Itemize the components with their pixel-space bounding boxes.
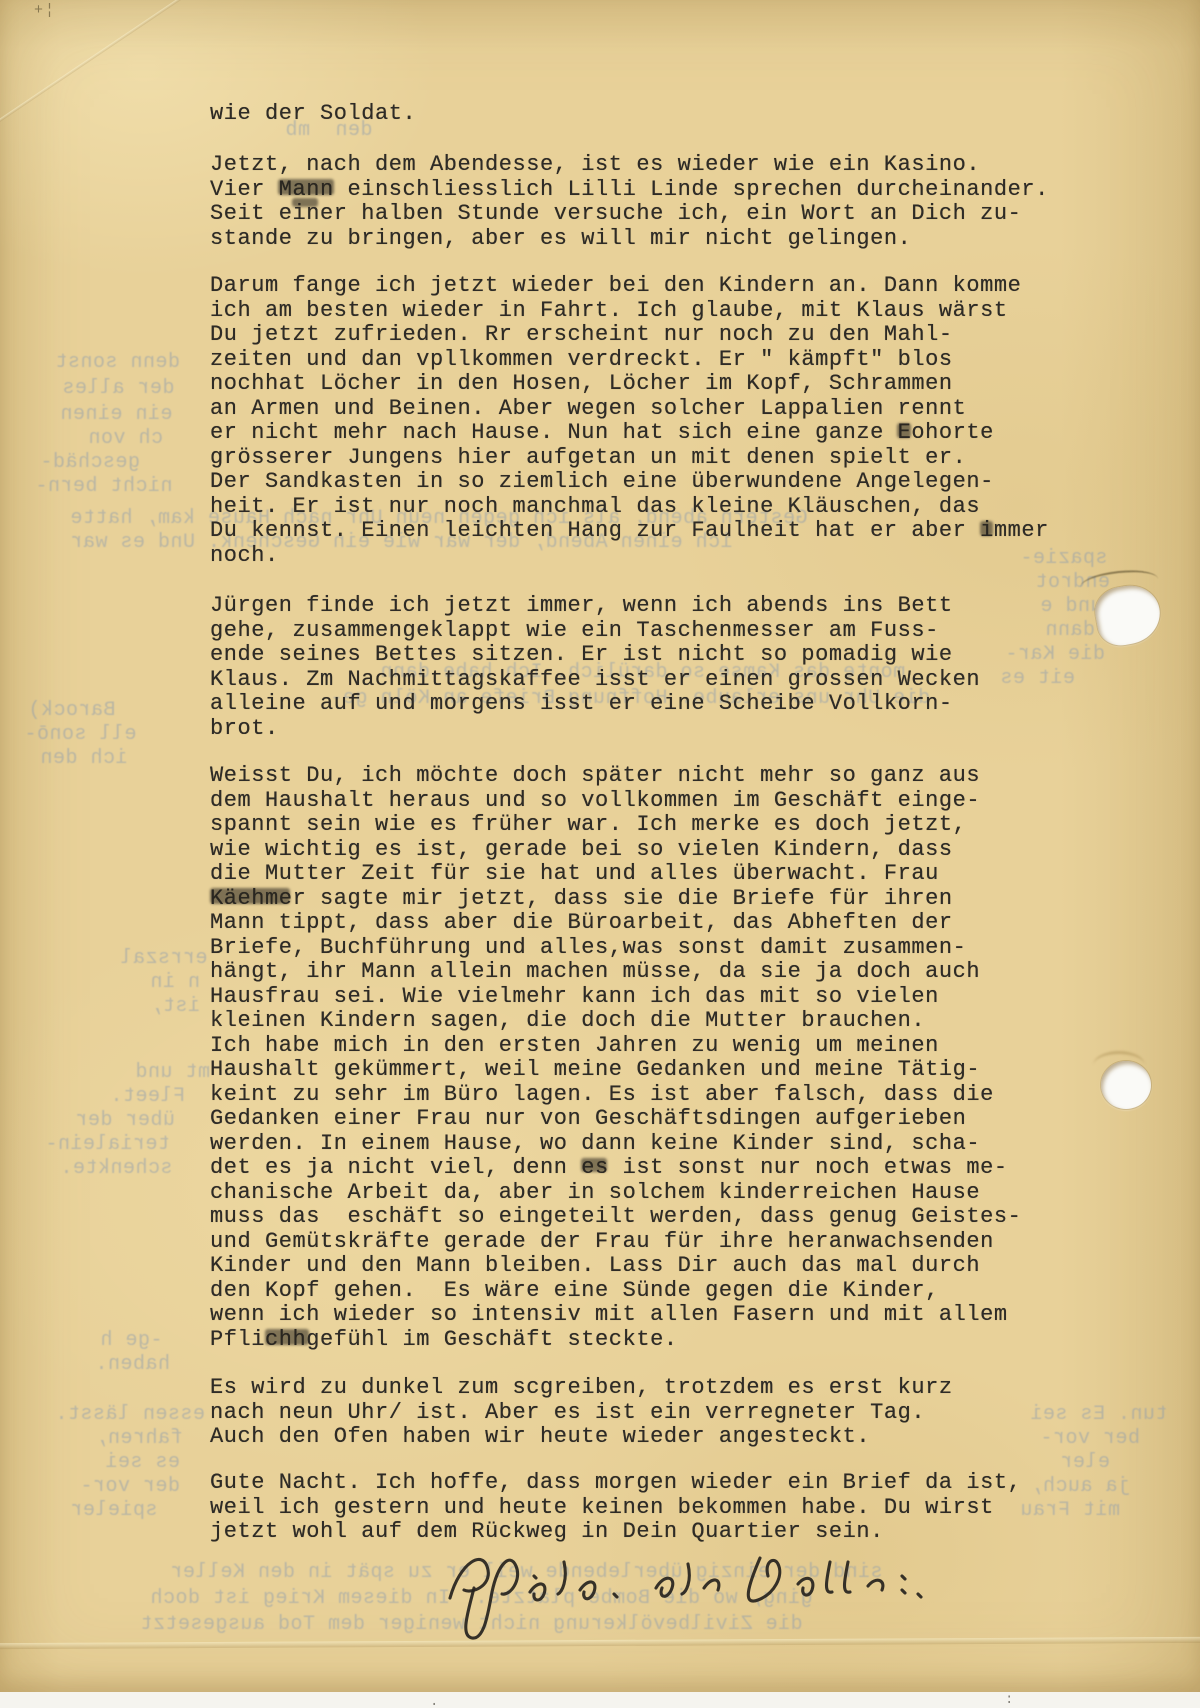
letter-line: kleinen Kindern sagen, die doch die Mutt… bbox=[210, 1009, 1090, 1034]
letter-paragraph: wie der Soldat. bbox=[210, 102, 1090, 127]
scan-speck: . bbox=[430, 1694, 438, 1708]
letter-line: Kinder und den Mann bleiben. Lass Dir au… bbox=[210, 1254, 1090, 1279]
scanned-letter-page: { "document": { "kind": "typewritten-let… bbox=[0, 0, 1200, 1708]
letter-line: Briefe, Buchführung und alles,was sonst … bbox=[210, 936, 1090, 961]
punch-hole-torn bbox=[1091, 581, 1164, 649]
ghost-text-fragment: ein einen bbox=[60, 404, 173, 426]
ghost-text-fragment: errszal bbox=[120, 948, 208, 970]
ghost-text-fragment: ich den bbox=[40, 748, 128, 770]
scan-background: . : bbox=[0, 1692, 1200, 1708]
letter-line: Vier Mann einschliesslich Lilli Linde sp… bbox=[210, 178, 1090, 203]
letter-paragraph: Es wird zu dunkel zum scgreiben, trotzde… bbox=[210, 1376, 1090, 1450]
letter-line: wie der Soldat. bbox=[210, 102, 1090, 127]
ghost-text-fragment: es sei bbox=[105, 1452, 180, 1474]
ghost-text-fragment: ist, bbox=[150, 996, 200, 1018]
letter-line: alleine auf und morgens isst er eine Sch… bbox=[210, 692, 1090, 717]
letter-line: Du jetzt zufrieden. Rr erscheint nur noc… bbox=[210, 323, 1090, 348]
ghost-text-fragment: der vor- bbox=[80, 1476, 180, 1498]
letter-line: an Armen und Beinen. Aber wegen solcher … bbox=[210, 397, 1090, 422]
letter-line: nach neun Uhr/ ist. Aber es ist ein verr… bbox=[210, 1401, 1090, 1426]
ghost-text-fragment: essen lässt. bbox=[55, 1404, 205, 1426]
letter-line: gehe, zusammengeklappt wie ein Taschenme… bbox=[210, 619, 1090, 644]
letter-line: muss das eschäft so eingeteilt werden, d… bbox=[210, 1205, 1090, 1230]
letter-line: nochhat Löcher in den Hosen, Löcher im K… bbox=[210, 372, 1090, 397]
scan-speck: : bbox=[1005, 1692, 1013, 1708]
letter-line: Mann tippt, dass aber die Büroarbeit, da… bbox=[210, 911, 1090, 936]
letter-line: den Kopf gehen. Es wäre eine Sünde gegen… bbox=[210, 1279, 1090, 1304]
letter-line: wie wichtig es ist, gerade bei so vielen… bbox=[210, 838, 1090, 863]
letter-line: Du kennst. Einen leichten Hang zur Faulh… bbox=[210, 519, 1090, 544]
ghost-text-fragment: schenkte. bbox=[60, 1158, 173, 1180]
ghost-text-fragment: spieler bbox=[70, 1500, 158, 1522]
letter-line: Jürgen finde ich jetzt immer, wenn ich a… bbox=[210, 594, 1090, 619]
ghost-text-fragment: haben. bbox=[95, 1354, 170, 1376]
ghost-text-fragment: denn sonst bbox=[55, 352, 180, 374]
letter-line: spannt sein wie es früher war. Ich merke… bbox=[210, 813, 1090, 838]
ghost-text-fragment: mt und bbox=[135, 1062, 210, 1084]
letter-line: Jetzt, nach dem Abendesse, ist es wieder… bbox=[210, 153, 1090, 178]
ghost-text-fragment: -ge h bbox=[100, 1330, 163, 1352]
ghost-text-fragment: nicht bern- bbox=[35, 476, 173, 498]
ghost-text-fragment: fahren, bbox=[95, 1428, 183, 1450]
letter-line: Darum fange ich jetzt wieder bei den Kin… bbox=[210, 274, 1090, 299]
letter-paper-sheet: +¦ den mbdenn sonstder allesein einench … bbox=[0, 0, 1200, 1692]
ghost-text-fragment: ch von bbox=[88, 428, 163, 450]
corner-crease bbox=[0, 0, 182, 122]
letter-paragraph: Jetzt, nach dem Abendesse, ist es wieder… bbox=[210, 153, 1090, 251]
letter-line: Auch den Ofen haben wir heute wieder ang… bbox=[210, 1425, 1090, 1450]
letter-paragraph: Darum fange ich jetzt wieder bei den Kin… bbox=[210, 274, 1090, 568]
letter-line: Haushalt gekümmert, weil meine Gedanken … bbox=[210, 1058, 1090, 1083]
letter-line: Es wird zu dunkel zum scgreiben, trotzde… bbox=[210, 1376, 1090, 1401]
ghost-text-fragment: n in bbox=[150, 972, 200, 994]
ghost-text-fragment: der alles bbox=[62, 378, 175, 400]
letter-line: Pflichhgefühl im Geschäft steckte. bbox=[210, 1328, 1090, 1353]
letter-line: weil ich gestern und heute keinen bekomm… bbox=[210, 1496, 1090, 1521]
corner-pencil-marks: +¦ bbox=[34, 2, 56, 19]
letter-line: Gedanken einer Frau nur von Geschäftsdin… bbox=[210, 1107, 1090, 1132]
ghost-text-fragment: ell sonō- bbox=[24, 724, 137, 746]
letter-line: chanische Arbeit da, aber in solchem kin… bbox=[210, 1181, 1090, 1206]
letter-line: wenn ich wieder so intensiv mit allen Fa… bbox=[210, 1303, 1090, 1328]
letter-line: werden. In einem Hause, wo dann keine Ki… bbox=[210, 1132, 1090, 1157]
ghost-text-fragment: geschäd- bbox=[40, 452, 140, 474]
letter-line: det es ja nicht viel, denn es ist sonst … bbox=[210, 1156, 1090, 1181]
letter-line: hängt, ihr Mann allein machen müsse, da … bbox=[210, 960, 1090, 985]
letter-line: Käehmer sagte mir jetzt, dass sie die Br… bbox=[210, 887, 1090, 912]
letter-line: er nicht mehr nach Hause. Nun hat sich e… bbox=[210, 421, 1090, 446]
letter-line: zeiten und dan vpllkommen verdreckt. Er … bbox=[210, 348, 1090, 373]
letter-line: und Gemütskräfte gerade der Frau für ihr… bbox=[210, 1230, 1090, 1255]
ghost-text-fragment: Barock) bbox=[28, 700, 116, 722]
letter-line: stande zu bringen, aber es will mir nich… bbox=[210, 227, 1090, 252]
letter-line: keint zu sehr im Büro lagen. Es ist aber… bbox=[210, 1083, 1090, 1108]
letter-line: heit. Er ist nur noch manchmal das klein… bbox=[210, 495, 1090, 520]
ghost-text-fragment: Fleet. bbox=[110, 1086, 185, 1108]
letter-line: die Mutter Zeit für sie hat und alles üb… bbox=[210, 862, 1090, 887]
letter-line: Hausfrau sei. Wie vielmehr kann ich das … bbox=[210, 985, 1090, 1010]
letter-line: Weisst Du, ich möchte doch später nicht … bbox=[210, 764, 1090, 789]
handwritten-signature bbox=[430, 1532, 930, 1652]
letter-line: brot. bbox=[210, 717, 1090, 742]
letter-line: Klaus. Zm Nachmittagskaffee isst er eine… bbox=[210, 668, 1090, 693]
letter-paragraph: Weisst Du, ich möchte doch später nicht … bbox=[210, 764, 1090, 1352]
letter-line: noch. bbox=[210, 544, 1090, 569]
letter-line: dem Haushalt heraus und so vollkommen im… bbox=[210, 789, 1090, 814]
letter-line: Der Sandkasten in so ziemlich eine überw… bbox=[210, 470, 1090, 495]
letter-line: Ich habe mich in den ersten Jahren zu we… bbox=[210, 1034, 1090, 1059]
letter-line: ende seines Bettes sitzen. Er ist nicht … bbox=[210, 643, 1090, 668]
letter-line: Gute Nacht. Ich hoffe, dass morgen wiede… bbox=[210, 1471, 1090, 1496]
ghost-text-fragment: über der bbox=[75, 1110, 175, 1132]
ghost-text-fragment: terialein- bbox=[45, 1134, 170, 1156]
letter-line: Seit einer halben Stunde versuche ich, e… bbox=[210, 202, 1090, 227]
letter-line: grösserer Jungens hier aufgetan un mit d… bbox=[210, 446, 1090, 471]
letter-paragraph: Jürgen finde ich jetzt immer, wenn ich a… bbox=[210, 594, 1090, 741]
letter-line: ich am besten wieder in Fahrt. Ich glaub… bbox=[210, 299, 1090, 324]
punch-hole bbox=[1101, 1061, 1151, 1109]
